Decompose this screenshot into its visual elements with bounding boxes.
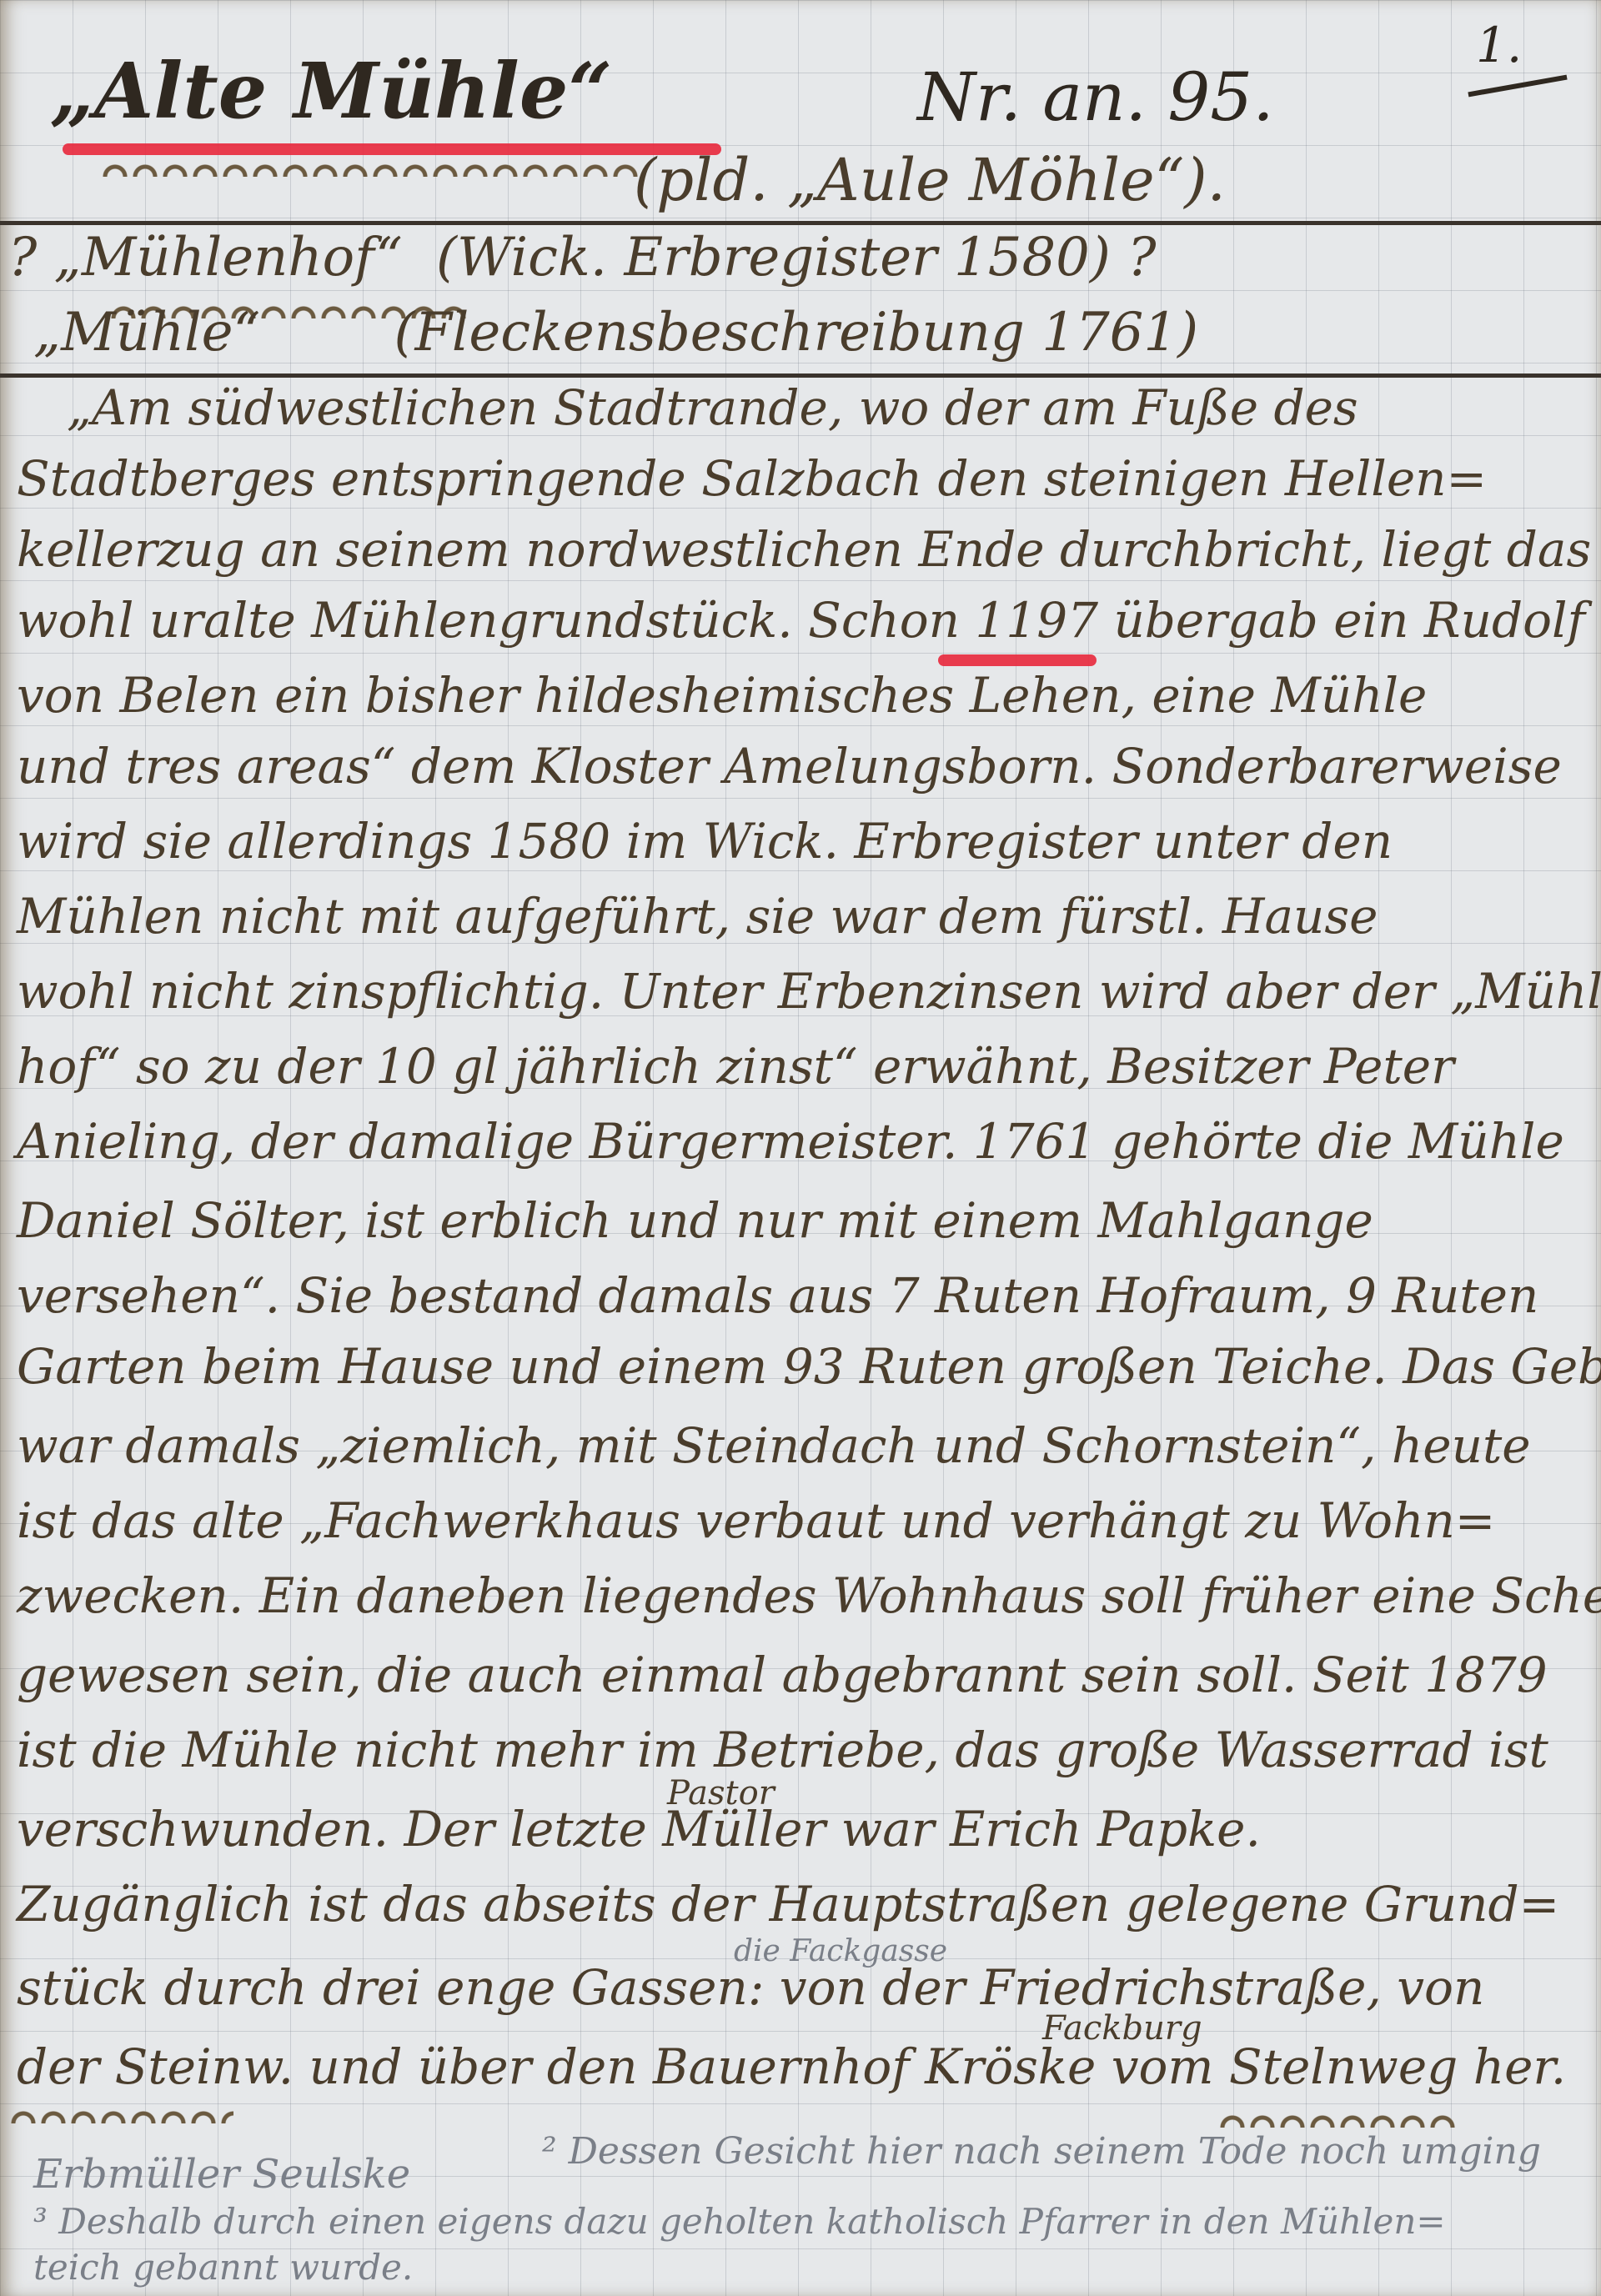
- body-line: wird sie allerdings 1580 im Wick. Erbreg…: [17, 813, 1393, 870]
- notebook-page: 1. „Alte Mühle“ Nr. an. 95. (pld. „Aule …: [0, 0, 1601, 2296]
- year-red-underline: [938, 654, 1097, 666]
- body-line: Mühlen nicht mit aufgeführt, sie war dem…: [17, 888, 1378, 945]
- body-line: wohl nicht zinspflichtig. Unter Erbenzin…: [17, 963, 1601, 1020]
- street-wavy-underline: [1217, 2109, 1459, 2128]
- body-line: versehen“. Sie bestand damals aus 7 Rute…: [17, 1267, 1538, 1324]
- body-line: wohl uralte Mühlengrundstück. Schon 1197…: [17, 592, 1585, 649]
- body-line: „Am südwestlichen Stadtrande, wo der am …: [67, 379, 1358, 436]
- body-line: hof“ so zu der 10 gl jährlich zinst“ erw…: [17, 1038, 1454, 1095]
- alt-name-row: „Mühle“ (Fleckensbeschreibung 1761): [33, 302, 1198, 363]
- page-title: „Alte Mühle“: [50, 46, 612, 136]
- header-rule-2: [0, 373, 1601, 378]
- alt-name-source: (Fleckensbeschreibung 1761): [394, 302, 1199, 363]
- body-line: Zugänglich ist das abseits der Hauptstra…: [17, 1876, 1559, 1933]
- body-line: Daniel Sölter, ist erblich und nur mit e…: [17, 1192, 1373, 1249]
- alt-name: „Mühlenhof“: [54, 227, 403, 288]
- footnote-line: ³ Deshalb durch einen eigens dazu geholt…: [33, 2201, 1446, 2242]
- body-line: verschwunden. Der letzte Müller war Eric…: [17, 1801, 1261, 1857]
- body-line: stück durch drei enge Gassen: von der Fr…: [17, 1959, 1484, 2016]
- body-line: von Belen ein bisher hildesheimisches Le…: [17, 667, 1427, 724]
- body-line: gewesen sein, die auch einmal abgebrannt…: [17, 1647, 1548, 1703]
- footnote-line: ² Dessen Gesicht hier nach seinem Tode n…: [542, 2130, 1541, 2173]
- body-line: Stadtberges entspringende Salzbach den s…: [17, 450, 1487, 507]
- record-number: Nr. an. 95.: [917, 58, 1274, 136]
- street-wavy-underline: [8, 2105, 233, 2123]
- alt-name-suffix: ?: [1127, 227, 1156, 288]
- body-line: ist das alte „Fachwerkhaus verbaut und v…: [17, 1492, 1495, 1549]
- header-rule-1: [0, 221, 1601, 225]
- page-number-underline: [1468, 75, 1567, 98]
- body-line: war damals „ziemlich, mit Steindach und …: [17, 1417, 1531, 1474]
- title-wavy-underline: [100, 158, 642, 177]
- alt-name-source: (Wick. Erbregister 1580): [436, 227, 1111, 288]
- footnote-line: teich gebannt wurde.: [33, 2247, 413, 2288]
- subtitle-old-name: (pld. „Aule Möhle“).: [634, 146, 1226, 214]
- alt-name: „Mühle“: [33, 302, 260, 363]
- body-line: kellerzug an seinem nordwestlichen Ende …: [17, 521, 1591, 578]
- body-line: der Steinw. und über den Bauernhof Krösk…: [17, 2038, 1566, 2095]
- alt-name-prefix: ?: [8, 227, 37, 288]
- body-line: zwecken. Ein daneben liegendes Wohnhaus …: [17, 1567, 1601, 1624]
- body-line: Anieling, der damalige Bürgermeister. 17…: [17, 1113, 1564, 1170]
- body-line: ist die Mühle nicht mehr im Betriebe, da…: [17, 1722, 1548, 1778]
- footnote-line: Erbmüller Seulske: [33, 2151, 410, 2198]
- body-line: Garten beim Hause und einem 93 Ruten gro…: [17, 1338, 1601, 1395]
- alt-name-row: ? „Mühlenhof“ (Wick. Erbregister 1580) ?: [8, 227, 1157, 288]
- page-number: 1.: [1476, 17, 1522, 73]
- body-line: und tres areas“ dem Kloster Amelungsborn…: [17, 738, 1562, 795]
- title-red-underline: [63, 143, 721, 155]
